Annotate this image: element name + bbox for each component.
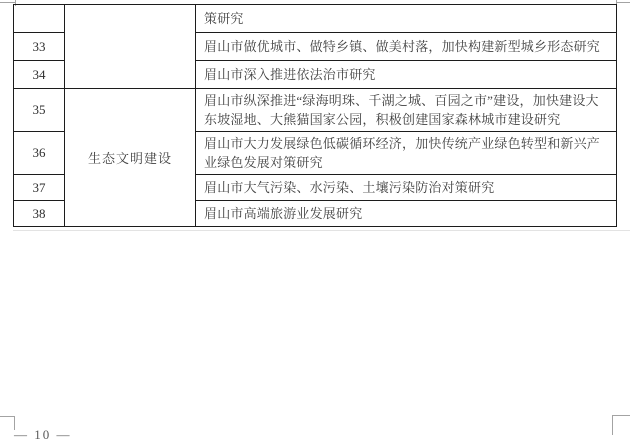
topic-cell: 眉山市高端旅游业发展研究 [196, 201, 617, 227]
row-number-cell: 37 [14, 175, 65, 201]
topic-cell: 眉山市深入推进依法治市研究 [196, 61, 617, 89]
topic-cell: 眉山市纵深推进“绿海明珠、千湖之城、百园之市”建设，加快建设大东坡湿地、大熊猫国… [196, 89, 617, 132]
crop-mark-bottom-right-horizontal [612, 415, 630, 416]
category-cell-empty [65, 5, 196, 89]
table-row: 35 生态文明建设 眉山市纵深推进“绿海明珠、千湖之城、百园之市”建设，加快建设… [14, 89, 617, 132]
row-number-cell: 36 [14, 132, 65, 175]
topic-cell: 眉山市大气污染、水污染、土壤污染防治对策研究 [196, 175, 617, 201]
row-number-cell: 38 [14, 201, 65, 227]
faint-boundary-rule [13, 230, 630, 231]
document-page: { "page": { "number_label": "— 10 —" }, … [0, 0, 630, 448]
row-number-cell: 34 [14, 61, 65, 89]
topic-cell: 眉山市大力发展绿色低碳循环经济，加快传统产业绿色转型和新兴产业绿色发展对策研究 [196, 132, 617, 175]
crop-mark-top-right-horizontal [616, 2, 630, 3]
row-number-cell: 35 [14, 89, 65, 132]
crop-mark-bottom-right-vertical [612, 415, 613, 435]
row-number-cell [14, 5, 65, 33]
row-number-cell: 33 [14, 33, 65, 61]
crop-mark-bottom-left-horizontal [0, 416, 14, 417]
research-topics-table: 策研究 33 眉山市做优城市、做特乡镇、做美村落，加快构建新型城乡形态研究 34… [13, 4, 617, 227]
topic-cell: 策研究 [196, 5, 617, 33]
category-cell-ecological-civilization: 生态文明建设 [65, 89, 196, 227]
table-row-continuation: 策研究 [14, 5, 617, 33]
crop-mark-top-left-horizontal [0, 2, 15, 3]
topic-cell: 眉山市做优城市、做特乡镇、做美村落，加快构建新型城乡形态研究 [196, 33, 617, 61]
page-number: — 10 — [14, 427, 72, 443]
